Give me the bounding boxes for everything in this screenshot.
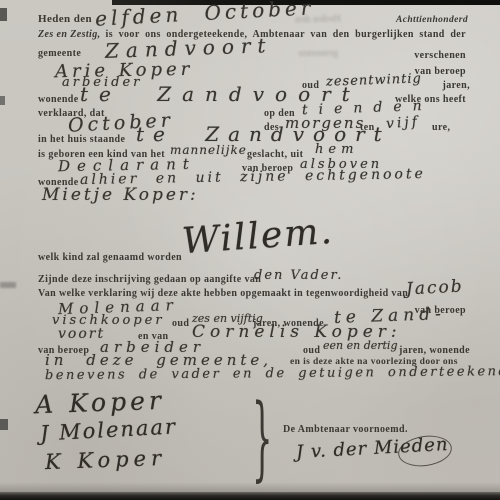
scan-bottom-edge <box>0 492 500 500</box>
hw-getuige1-voornaam: Jacob <box>406 277 465 300</box>
signature-getuige1: J Molenaar <box>39 414 177 445</box>
printed-van-beroep-1: van beroep <box>415 66 466 77</box>
hw-getuige2-leeftijd: een en dertig <box>323 339 397 352</box>
signature-vader: A Koper <box>35 386 166 420</box>
printed-welk-kind: welk kind zal genaamd worden <box>38 252 182 263</box>
hw-geboorte-uur: vijf <box>385 114 420 132</box>
signature-brace: } <box>252 392 272 484</box>
hw-kind-naam: Willem. <box>181 211 335 262</box>
printed-geslacht-uit: geslacht, uit <box>247 149 303 160</box>
scan-left-mark <box>0 8 7 21</box>
hw-aangifte-door: den Vader. <box>254 268 343 283</box>
printed-zes-en-zestig: Zes en Zestig, <box>38 29 101 40</box>
printed-oud-3: oud <box>303 345 320 356</box>
scan-bottom-shadow <box>0 482 500 492</box>
printed-ure: ure, <box>432 122 450 133</box>
scan-left-mark <box>0 282 16 288</box>
printed-verschenen: verschenen <box>414 50 466 61</box>
hw-uit-hem: hem <box>315 142 358 157</box>
printed-achttienhonderd: Achttienhonderd <box>396 15 468 25</box>
scan-left-mark <box>0 96 5 105</box>
hw-getuige1-wonende-b: voort <box>58 326 105 342</box>
hw-akte-datum: elfden October <box>95 0 315 31</box>
printed-zijnde: Zijnde deze inschrijving gedaan op aangi… <box>38 274 261 285</box>
bleedthrough-text: gemeente <box>298 48 338 60</box>
hw-moeder-naam: Mietje Koper: <box>42 185 199 205</box>
hw-slotzin: benevens de vader en de getuigen onderte… <box>45 364 500 383</box>
printed-heden-den: Heden den <box>38 13 92 25</box>
printed-in-het-huis: in het huis staande <box>38 134 125 145</box>
printed-van-welke: Van welke verklaring wij deze akte hebbe… <box>38 288 408 299</box>
scan-left-mark <box>0 419 8 430</box>
printed-jaren-1: jaren, <box>443 80 471 91</box>
printed-gemeente-label: gemeente <box>38 48 81 59</box>
printed-wonende-1: wonende <box>38 94 79 105</box>
printed-jaren-wonende-2: jaren, wonende <box>399 345 470 356</box>
birth-certificate-scan: Heden den gemeente Heden den elfden Octo… <box>0 0 500 500</box>
printed-ambtenaar-label: De Ambtenaar voornoemd. <box>283 424 408 435</box>
printed-oud-2: oud <box>172 318 189 329</box>
signature-getuige2: K Koper <box>45 446 167 474</box>
